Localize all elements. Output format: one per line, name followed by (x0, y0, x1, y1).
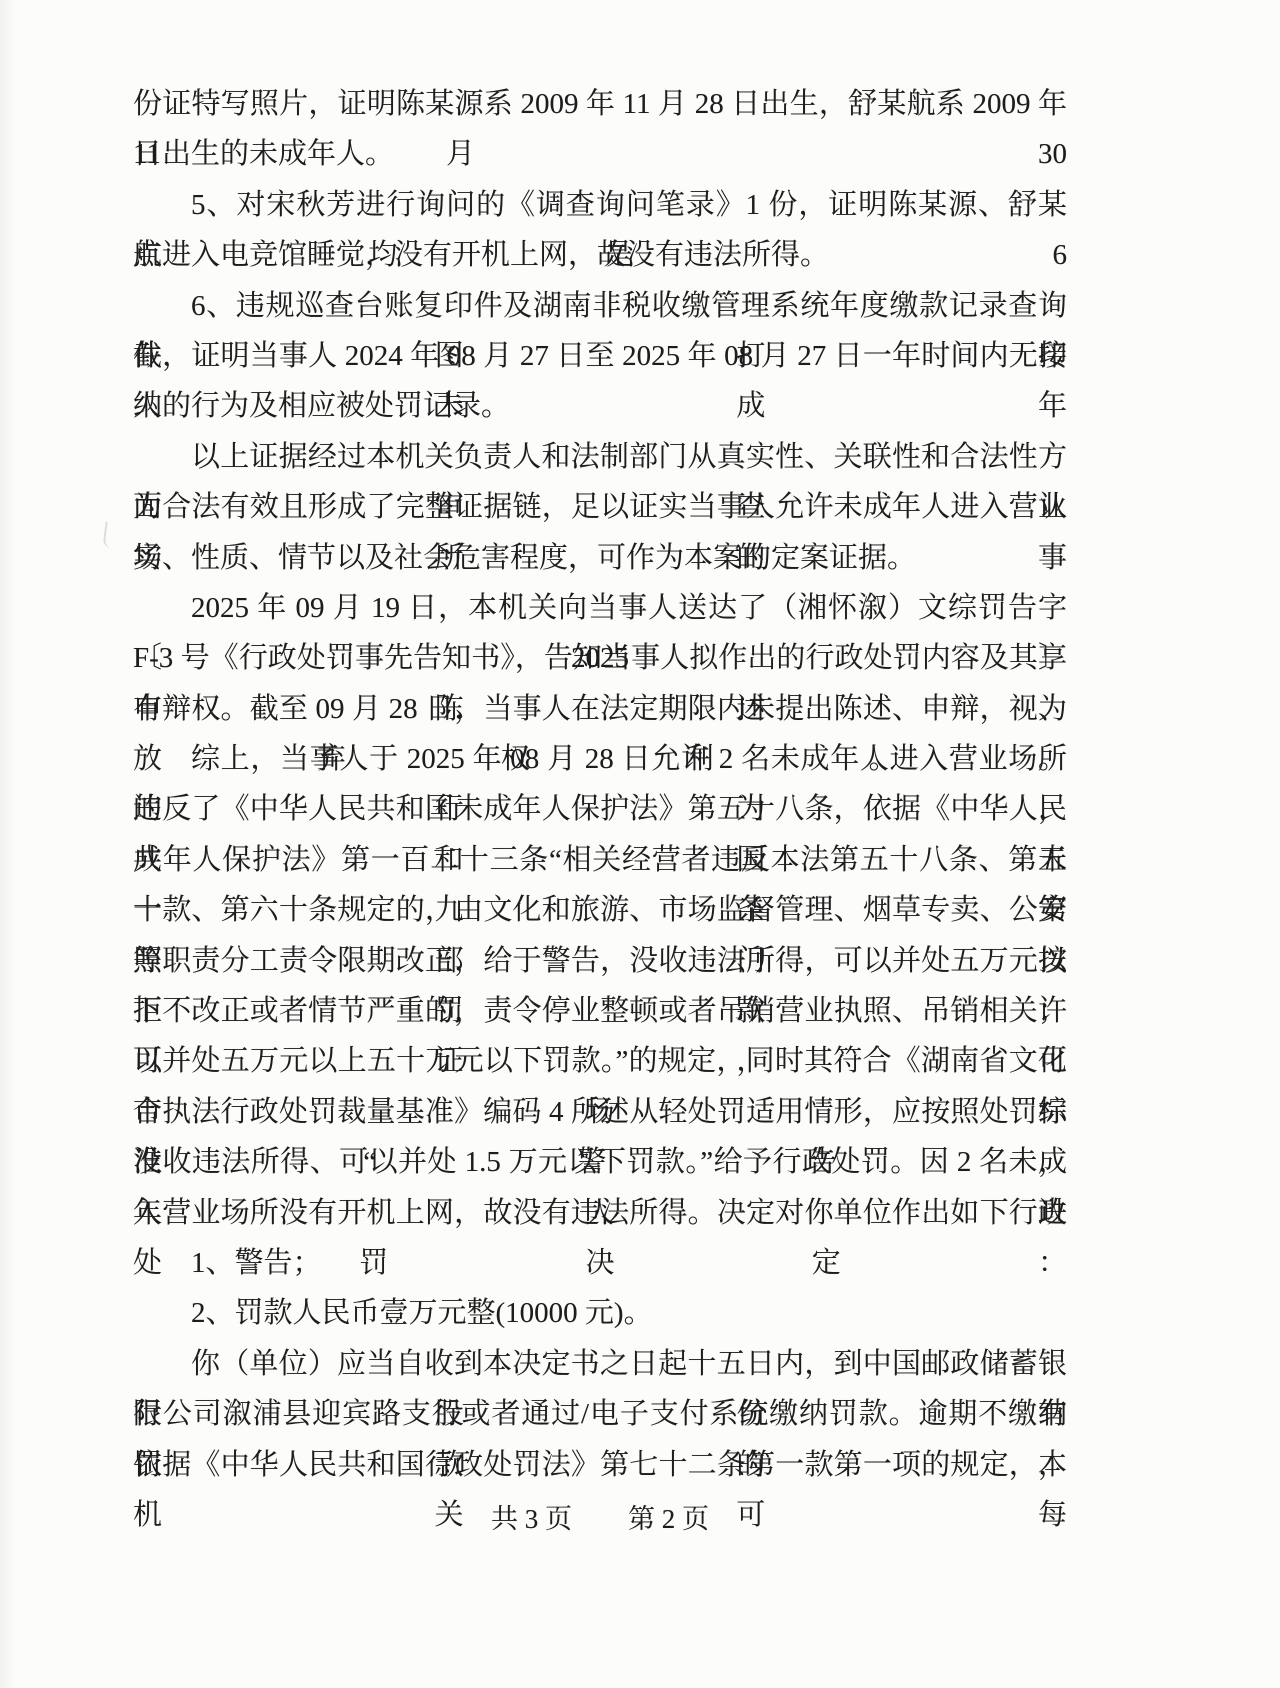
text-line: 拒不改正或者情节严重的，责令停业整顿或者吊销营业执照、吊销相关许可证，可 (133, 986, 1067, 1036)
document-body: 份证特写照片，证明陈某源系 2009 年 11 月 28 日出生，舒某航系 20… (133, 79, 1067, 1490)
current-page-label: 第 2 页 (628, 1504, 709, 1534)
text-line: 5、对宋秋芳进行询问的《调查询问笔录》1 份，证明陈某源、舒某航均是 6 (133, 180, 1067, 230)
text-line: 依据《中华人民共和国行政处罚法》第七十二条第一款第一项的规定，本机关可每 (133, 1440, 1067, 1490)
document-page: 份证特写照片，证明陈某源系 2009 年 11 月 28 日出生，舒某航系 20… (0, 0, 1280, 1688)
text-line: 成年人保护法》第一百二十三条“相关经营者违反本法第五十八条、第五十九条第 (133, 835, 1067, 885)
text-line: 违反了《中华人民共和国未成年人保护法》第五十八条，依据《中华人民共和国未 (133, 784, 1067, 834)
text-line: 2、罚款人民币壹万元整(10000 元)。 (133, 1288, 1067, 1338)
text-line: 合执法行政处罚裁量基准》编码 4 所述从轻处罚适用情形，应按照处罚标准“警告， (133, 1087, 1067, 1137)
text-line: 6、违规巡查台账复印件及湖南非税收缴管理系统年度缴款记录查询截图打印 (133, 281, 1067, 331)
text-line: 限公司溆浦县迎宾路支行或者通过/电子支付系统缴纳罚款。逾期不缴纳罚款的， (133, 1389, 1067, 1439)
text-line: 为合法有效且形成了完整证据链，足以证实当事人允许未成年人进入营业场所的事 (133, 482, 1067, 532)
page-footer: 共 3 页第 2 页 (133, 1498, 1067, 1540)
text-line: 一款、第六十条规定的，由文化和旅游、市场监督管理、烟草专卖、公安等部门按 (133, 885, 1067, 935)
text-line: 申辩权。截至 09 月 28 日，当事人在法定期限内未提出陈述、申辩，视为放弃权… (133, 684, 1067, 734)
text-line: 综上，当事人于 2025 年 08 月 28 日允许 2 名未成年人进入营业场所… (133, 734, 1067, 784)
text-line: 以并处五万元以上五十万元以下罚款。”的规定，同时其符合《湖南省文化市场综 (133, 1036, 1067, 1086)
text-line: 照职责分工责令限期改正，给于警告，没收违法所得，可以并处五万元以下罚款； (133, 936, 1067, 986)
text-line: 件，证明当事人 2024 年 08 月 27 日至 2025 年 08 月 27… (133, 331, 1067, 381)
text-line: F-3 号《行政处罚事先告知书》，告知当事人拟作出的行政处罚内容及其享有陈述、 (133, 633, 1067, 683)
total-pages-label: 共 3 页 (491, 1504, 572, 1534)
text-line: 入营业场所没有开机上网，故没有违法所得。决定对你单位作出如下行政处罚决定： (133, 1188, 1067, 1238)
text-line: 你（单位）应当自收到本决定书之日起十五日内，到中国邮政储蓄银行股份有 (133, 1339, 1067, 1389)
text-line: 以上证据经过本机关负责人和法制部门从真实性、关联性和合法性方面审查认 (133, 432, 1067, 482)
text-line: 没收违法所得、可以并处 1.5 万元以下罚款。”给予行政处罚。因 2 名未成年人… (133, 1137, 1067, 1187)
scan-artifact (102, 521, 115, 548)
text-line: 2025 年 09 月 19 日，本机关向当事人送达了（湘怀溆）文综罚告字〔20… (133, 583, 1067, 633)
text-line: 份证特写照片，证明陈某源系 2009 年 11 月 28 日出生，舒某航系 20… (133, 79, 1067, 129)
